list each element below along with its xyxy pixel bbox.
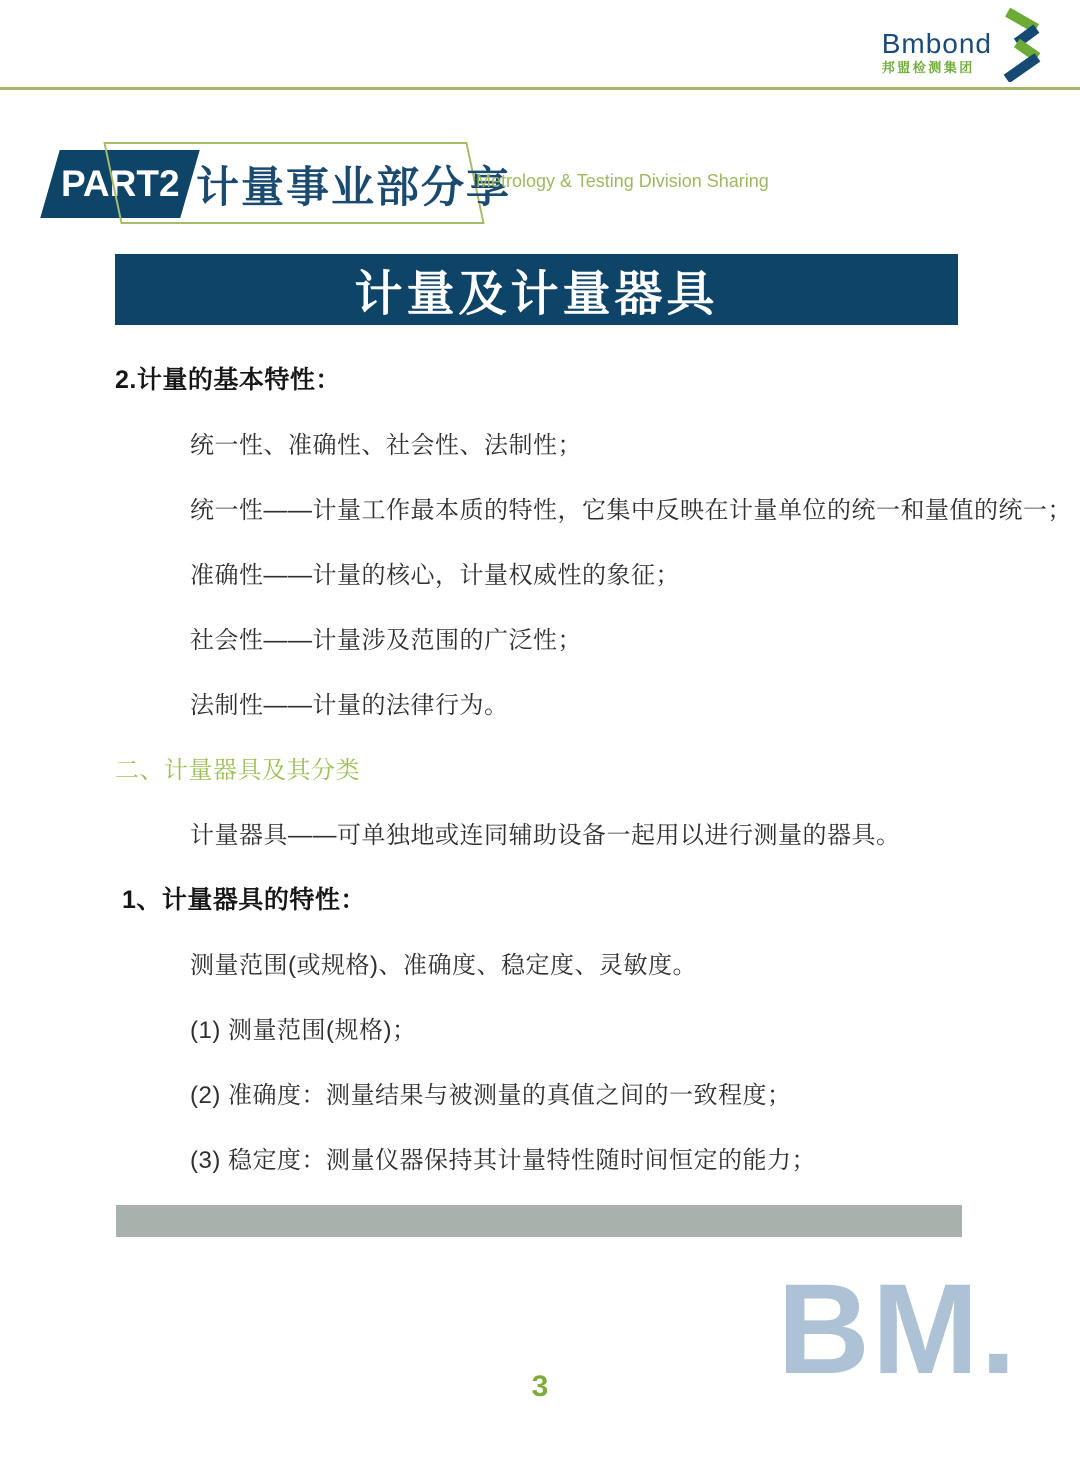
paragraph-line: 计量器具——可单独地或连同辅助设备一起用以进行测量的器具。 <box>0 800 1080 865</box>
part-subtitle: Metrology & Testing Division Sharing <box>476 171 769 192</box>
paragraph-line: 准确性——计量的核心，计量权威性的象征； <box>0 540 1080 605</box>
part-title: 计量事业部分享 <box>196 154 511 215</box>
body-content: 2.计量的基本特性： 统一性、准确性、社会性、法制性； 统一性——计量工作最本质… <box>0 345 1080 1190</box>
paragraph-line: 统一性、准确性、社会性、法制性； <box>0 410 1080 475</box>
bmbond-logo: Bmbond 邦盟检测集团 <box>882 8 1046 82</box>
bmbond-ribbon-3-icon <box>998 8 1046 82</box>
paragraph-line: 测量范围(或规格)、准确度、稳定度、灵敏度。 <box>0 930 1080 995</box>
part-banner: PART2 计量事业部分享 Metrology & Testing Divisi… <box>0 138 1080 238</box>
logo-name: Bmbond <box>882 30 992 58</box>
section-title: 计量及计量器具 <box>354 255 718 324</box>
paragraph-line: 统一性——计量工作最本质的特性，它集中反映在计量单位的统一和量值的统一； <box>0 475 1080 540</box>
paragraph-line: (3) 稳定度：测量仪器保持其计量特性随时间恒定的能力； <box>0 1125 1080 1190</box>
paragraph-line: 社会性——计量涉及范围的广泛性； <box>0 605 1080 670</box>
header-divider-line <box>0 87 1080 90</box>
footer-gray-bar <box>116 1205 962 1237</box>
heading-instrument-classification: 二、计量器具及其分类 <box>0 735 1080 800</box>
page-number: 3 <box>0 1370 1080 1404</box>
section-title-bar: 计量及计量器具 <box>115 254 958 325</box>
logo-text-block: Bmbond 邦盟检测集团 <box>882 30 992 74</box>
heading-basic-characteristics: 2.计量的基本特性： <box>0 345 1080 410</box>
document-page: Bmbond 邦盟检测集团 PART2 计量事业部分享 Metrology & … <box>0 0 1080 1466</box>
paragraph-line: 法制性——计量的法律行为。 <box>0 670 1080 735</box>
paragraph-line: (2) 准确度：测量结果与被测量的真值之间的一致程度； <box>0 1060 1080 1125</box>
paragraph-line: (1) 测量范围(规格)； <box>0 995 1080 1060</box>
logo-subtitle-cn: 邦盟检测集团 <box>882 61 992 74</box>
heading-instrument-characteristics: 1、计量器具的特性： <box>0 865 1080 930</box>
